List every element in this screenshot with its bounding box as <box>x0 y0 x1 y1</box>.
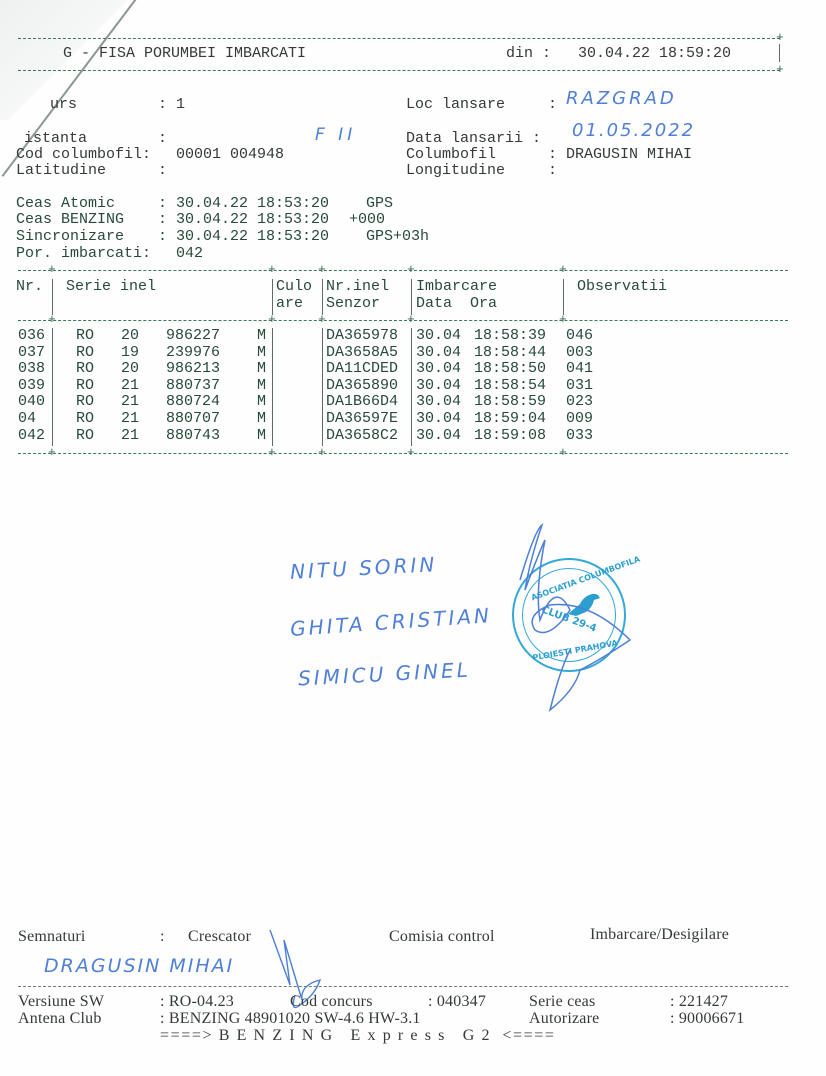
cell-country: RO <box>76 428 94 444</box>
latitudine-label: Latitudine <box>16 163 106 179</box>
semnaturi-label: Semnaturi <box>18 929 86 945</box>
table-column-divider <box>563 279 564 315</box>
cell-nr: 042 <box>18 428 45 444</box>
title-corner-plus: + <box>776 33 784 43</box>
table-rule-plus: + <box>318 265 326 275</box>
distanta-label: istanta <box>24 131 87 147</box>
handwritten-note: F II <box>315 125 356 145</box>
commission-name-1: NITU SORIN <box>289 552 437 584</box>
cell-country: RO <box>76 345 94 361</box>
table-rule-plus: + <box>268 265 276 275</box>
title-corner-plus: + <box>776 65 784 75</box>
table-rule <box>18 320 788 321</box>
benzing-express-banner: ====> B E N Z I N G E x p r e s s G 2 <=… <box>160 1028 555 1044</box>
clock-suffix: GPS+03h <box>366 229 429 245</box>
loc-lansare-colon: : <box>548 97 557 113</box>
clock-value: : 30.04.22 18:53:20 <box>158 212 329 228</box>
semnaturi-colon: : <box>160 929 165 945</box>
table-rule-plus: + <box>48 315 56 325</box>
document-date-value: 30.04.22 18:59:20 <box>578 46 731 62</box>
serie-ceas-value: : 221427 <box>670 994 728 1010</box>
cell-sensor: DA3658C2 <box>326 428 398 444</box>
cell-sex: M <box>257 428 266 444</box>
data-lansarii-label: Data lansarii : <box>406 131 541 147</box>
cell-ring: 880737 <box>166 378 220 394</box>
footer-rule <box>18 986 788 987</box>
commission-name-2: GHITA CRISTIAN <box>289 603 492 641</box>
antena-club-label: Antena Club <box>18 1011 102 1027</box>
longitudine-label: Longitudine <box>406 163 505 179</box>
cell-nr: 04 <box>18 411 36 427</box>
table-column-divider <box>52 279 53 315</box>
cell-ring: 880707 <box>166 411 220 427</box>
cell-sensor: DA36597E <box>326 411 398 427</box>
versiune-sw-label: Versiune SW <box>18 994 104 1010</box>
cell-country: RO <box>76 411 94 427</box>
distanta-value: : <box>158 131 167 147</box>
cell-time: 18:59:08 <box>474 428 546 444</box>
cell-ring: 239976 <box>166 345 220 361</box>
table-column-divider <box>411 328 412 446</box>
longitudine-value: : <box>548 163 557 179</box>
cod-concurs-label: Cod concurs <box>290 994 373 1010</box>
cod-columbofil-label: Cod columbofil: <box>16 147 151 163</box>
commission-name-3: SIMICU GINEL <box>297 657 471 690</box>
club-stamp: ASOCIATIA COLUMBOFILA CLUB 29-4 PLOIESTI… <box>512 558 626 672</box>
autorizare-value: : 90006671 <box>670 1011 744 1027</box>
table-rule-plus: + <box>48 448 56 458</box>
cell-date: 30.04 <box>416 411 461 427</box>
header-culoare: are <box>276 296 303 312</box>
columbofil-label: Columbofil <box>406 147 496 163</box>
cell-nr: 037 <box>18 345 45 361</box>
cell-year: 21 <box>121 378 139 394</box>
autorizare-label: Autorizare <box>529 1011 599 1027</box>
clock-value: : 30.04.22 18:53:20 <box>158 229 329 245</box>
cell-sensor: DA3658A5 <box>326 345 398 361</box>
stamp-bottom-text: PLOIESTI PRAHOVA <box>532 639 618 663</box>
cell-year: 21 <box>121 428 139 444</box>
cell-obs: 023 <box>566 394 593 410</box>
table-rule-plus: + <box>559 265 567 275</box>
crescator-handwritten-signature: DRAGUSIN MIHAI <box>44 955 234 977</box>
table-rule-plus: + <box>268 448 276 458</box>
table-column-divider <box>272 328 273 446</box>
cell-year: 20 <box>121 328 139 344</box>
title-rule-bottom <box>18 70 780 71</box>
table-column-divider <box>272 279 273 315</box>
header-nr: Nr. <box>16 279 43 295</box>
pigeon-icon <box>566 590 602 620</box>
cell-obs: 046 <box>566 328 593 344</box>
cod-concurs-value: : 040347 <box>428 994 486 1010</box>
cell-ring: 880743 <box>166 428 220 444</box>
cell-date: 30.04 <box>416 328 461 344</box>
cell-obs: 031 <box>566 378 593 394</box>
stamp-center-text: CLUB 29-4 <box>540 604 598 634</box>
cell-sex: M <box>257 378 266 394</box>
cell-date: 30.04 <box>416 345 461 361</box>
cell-sensor: DA11CDED <box>326 361 398 377</box>
concurs-value: : 1 <box>158 97 185 113</box>
serie-ceas-label: Serie ceas <box>529 994 595 1010</box>
document-title: G - FISA PORUMBEI IMBARCATI <box>63 46 306 62</box>
table-rule-plus: + <box>559 448 567 458</box>
cell-date: 30.04 <box>416 361 461 377</box>
cell-obs: 033 <box>566 428 593 444</box>
cell-ring: 986213 <box>166 361 220 377</box>
cell-nr: 036 <box>18 328 45 344</box>
data-lansarii-handwritten: 01.05.2022 <box>572 120 695 141</box>
table-column-divider <box>411 279 412 315</box>
cell-country: RO <box>76 361 94 377</box>
antena-club-value: : BENZING 48901020 SW-4.6 HW-3.1 <box>160 1011 421 1027</box>
cell-ring: 986227 <box>166 328 220 344</box>
crescator-label: Crescator <box>188 929 251 945</box>
cell-sex: M <box>257 411 266 427</box>
latitudine-value: : <box>158 163 167 179</box>
header-nr-inel-senzor: Senzor <box>326 296 380 312</box>
cell-obs: 003 <box>566 345 593 361</box>
cell-time: 18:58:59 <box>474 394 546 410</box>
cell-obs: 009 <box>566 411 593 427</box>
table-rule-plus: + <box>407 265 415 275</box>
cell-sensor: DA365890 <box>326 378 398 394</box>
imbarcare-desigilare-label: Imbarcare/Desigilare <box>590 927 729 943</box>
cell-country: RO <box>76 378 94 394</box>
clock-suffix: +000 <box>349 212 385 228</box>
cell-obs: 041 <box>566 361 593 377</box>
header-imbarcare: Data Ora <box>416 296 497 312</box>
table-column-divider <box>322 328 323 446</box>
clock-label: Ceas BENZING <box>16 212 124 228</box>
cell-country: RO <box>76 394 94 410</box>
loc-lansare-label: Loc lansare <box>406 97 505 113</box>
stamp-top-text: ASOCIATIA COLUMBOFILA <box>530 555 641 603</box>
clock-label: Por. imbarcati: <box>16 246 151 262</box>
clock-value: 042 <box>176 246 203 262</box>
cell-nr: 039 <box>18 378 45 394</box>
header-serie-inel: Serie inel <box>66 279 156 295</box>
clock-value: : 30.04.22 18:53:20 <box>158 196 329 212</box>
versiune-sw-value: : RO-04.23 <box>160 994 234 1010</box>
table-rule-plus: + <box>318 448 326 458</box>
table-column-divider <box>322 279 323 315</box>
cell-sex: M <box>257 345 266 361</box>
cell-ring: 880724 <box>166 394 220 410</box>
cell-sensor: DA365978 <box>326 328 398 344</box>
cell-date: 30.04 <box>416 428 461 444</box>
cell-sex: M <box>257 361 266 377</box>
header-observatii: Observatii <box>577 279 667 295</box>
cell-date: 30.04 <box>416 394 461 410</box>
cell-nr: 040 <box>18 394 45 410</box>
document-date-label: din : <box>506 46 551 62</box>
cell-sex: M <box>257 394 266 410</box>
header-nr-inel-senzor: Nr.inel <box>326 279 389 295</box>
table-rule-plus: + <box>407 315 415 325</box>
cell-year: 21 <box>121 394 139 410</box>
table-rule-plus: + <box>407 448 415 458</box>
cell-year: 20 <box>121 361 139 377</box>
cell-year: 21 <box>121 411 139 427</box>
cell-time: 18:58:50 <box>474 361 546 377</box>
table-rule <box>18 453 788 454</box>
clock-suffix: GPS <box>366 196 393 212</box>
header-culoare: Culo <box>276 279 312 295</box>
cell-nr: 038 <box>18 361 45 377</box>
header-imbarcare: Imbarcare <box>416 279 497 295</box>
columbofil-value: : DRAGUSIN MIHAI <box>548 147 692 163</box>
cell-year: 19 <box>121 345 139 361</box>
cell-date: 30.04 <box>416 378 461 394</box>
table-rule <box>18 270 788 271</box>
table-rule-plus: + <box>559 315 567 325</box>
title-right-border <box>779 44 780 62</box>
clock-label: Sincronizare <box>16 229 124 245</box>
cell-sex: M <box>257 328 266 344</box>
title-rule-top <box>18 38 780 39</box>
table-column-divider <box>52 328 53 446</box>
cell-time: 18:58:44 <box>474 345 546 361</box>
cell-sensor: DA1B66D4 <box>326 394 398 410</box>
cell-time: 18:58:39 <box>474 328 546 344</box>
table-rule-plus: + <box>318 315 326 325</box>
cell-time: 18:59:04 <box>474 411 546 427</box>
concurs-label: urs <box>50 97 77 113</box>
cod-columbofil-value: 00001 004948 <box>176 147 284 163</box>
cell-time: 18:58:54 <box>474 378 546 394</box>
cell-country: RO <box>76 328 94 344</box>
table-rule-plus: + <box>48 265 56 275</box>
clock-label: Ceas Atomic <box>16 196 115 212</box>
table-rule-plus: + <box>268 315 276 325</box>
loc-lansare-handwritten: RAZGRAD <box>566 88 677 109</box>
comisia-control-label: Comisia control <box>389 929 495 945</box>
